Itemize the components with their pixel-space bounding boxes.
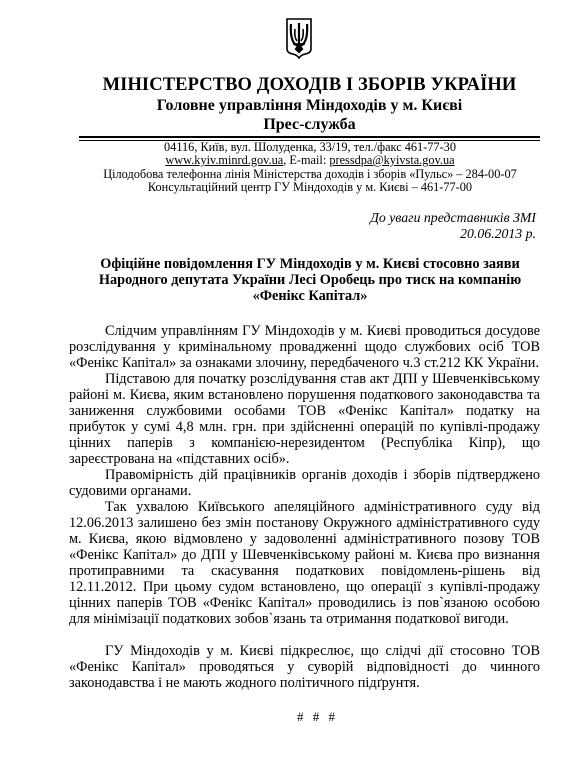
website-link[interactable]: www.kyiv.minrd.gov.ua — [165, 153, 283, 167]
end-mark: # # # — [297, 709, 338, 725]
title-line: Офіційне повідомлення ГУ Міндоходів у м.… — [60, 256, 560, 272]
paragraph: Підставою для початку розслідування став… — [69, 371, 540, 467]
document-date: 20.06.2013 р. — [460, 226, 536, 242]
consult-center-line: Консультаційний центр ГУ Міндоходів у м.… — [60, 181, 560, 195]
web-contacts-line: www.kyiv.minrd.gov.ua, E-mail: pressdpa@… — [60, 154, 560, 168]
paragraph: ГУ Міндоходів у м. Києві підкреслює, що … — [69, 643, 540, 691]
document-title: Офіційне повідомлення ГУ Міндоходів у м.… — [60, 256, 560, 304]
email-label: , E-mail: — [283, 153, 329, 167]
ministry-name: МІНІСТЕРСТВО ДОХОДІВ І ЗБОРІВ УКРАЇНИ — [79, 74, 540, 96]
coat-of-arms-icon — [285, 15, 313, 59]
email-link[interactable]: pressdpa@kyivsta.gov.ua — [329, 153, 454, 167]
document-body: Слідчим управлінням ГУ Міндоходів у м. К… — [69, 323, 540, 691]
title-line: «Фенікс Капітал» — [60, 288, 560, 304]
paragraph: Правомірність дій працівників органів до… — [69, 467, 540, 499]
paragraph: Так ухвалою Київського апеляційного адмі… — [69, 499, 540, 627]
paragraph: Слідчим управлінням ГУ Міндоходів у м. К… — [69, 323, 540, 371]
department-name: Головне управління Міндоходів у м. Києві — [79, 96, 540, 115]
media-notice: До уваги представників ЗМІ — [370, 210, 536, 226]
press-service-label: Прес-служба — [79, 115, 540, 134]
title-line: Народного депутата України Лесі Оробець … — [60, 272, 560, 288]
